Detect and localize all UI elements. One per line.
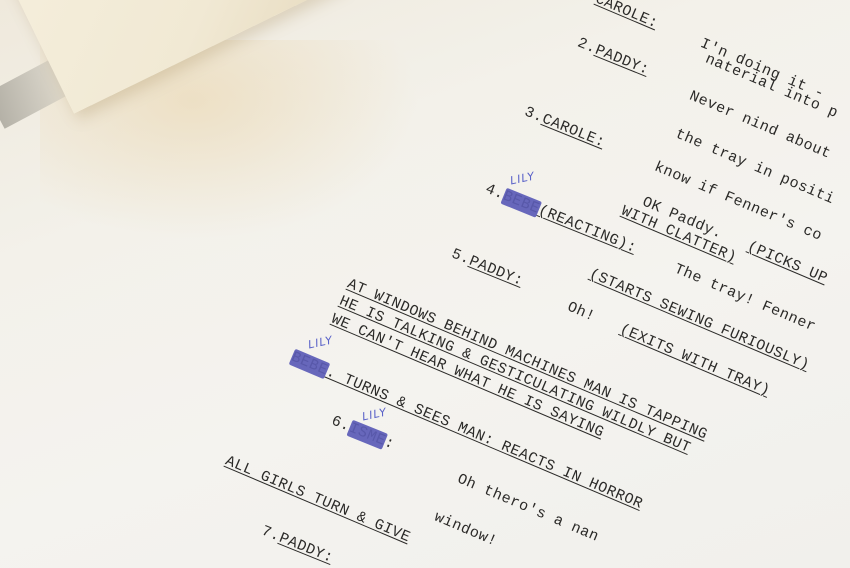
dialogue-text: window! — [432, 509, 500, 551]
script-line-9: 5.PADDY: — [449, 246, 526, 290]
stage-direction: ALL GIRLS TURN & GIVE — [223, 453, 413, 547]
script-line-18: ALL GIRLS TURN & GIVE — [223, 453, 413, 547]
struck-speaker-name: ISME — [346, 420, 388, 450]
speaker-name: CAROLE: — [593, 0, 661, 32]
speaker-name: CAROLE: — [539, 111, 607, 152]
struck-speaker-name: BEBE — [289, 349, 331, 380]
handwritten-annotation: LILY — [509, 170, 536, 188]
stage-direction: HE IS TALKING & GESTICULATING WILDLY BUT — [337, 293, 693, 457]
script-line-7: 4.BEBE(REACTING): — [483, 181, 639, 257]
script-line-12: HE IS TALKING & GESTICULATING WILDLY BUT — [337, 293, 693, 457]
handwritten-annotation: LILY — [307, 334, 334, 352]
photo-scene: CAROLE: I'n doing it - 2.PADDY: naterial… — [0, 0, 850, 568]
script-line-2: 2.PADDY: — [575, 35, 652, 79]
speaker-name: PADDY: — [276, 530, 335, 567]
script-line-19: 7.PADDY: — [259, 523, 336, 567]
script-page: CAROLE: I'n doing it - 2.PADDY: naterial… — [0, 0, 850, 568]
speaker-name: PADDY: — [592, 42, 651, 79]
script-line-17: window! — [432, 509, 500, 551]
handwritten-annotation: LILY — [361, 406, 388, 424]
dialogue-text: Oh! — [565, 299, 598, 326]
speaker-name: PADDY: — [466, 253, 525, 290]
script-line-5: 3.CAROLE: — [522, 104, 608, 152]
struck-speaker-name: BEBE — [500, 188, 542, 218]
stage-direction: (PICKS UP — [745, 238, 830, 287]
